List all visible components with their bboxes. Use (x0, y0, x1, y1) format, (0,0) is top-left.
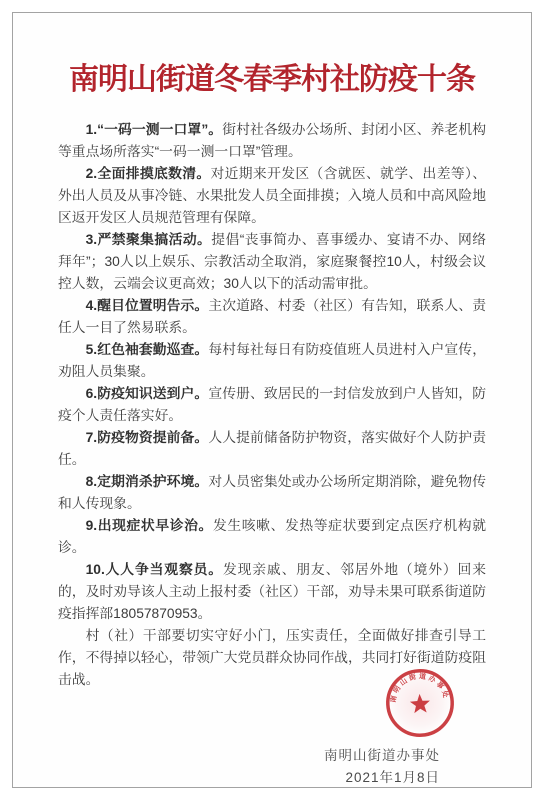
item-lead: 8.定期消杀护环境。 (86, 474, 209, 489)
item-lead: 10.人人争当观察员。 (86, 562, 223, 577)
signature-org: 南明山街道办事处 (58, 745, 440, 767)
notice-item: 6.防疫知识送到户。宣传册、致居民的一封信发放到户人皆知，防疫个人责任落实好。 (58, 383, 486, 427)
signature-date: 2021年1月8日 (58, 767, 440, 789)
item-lead: 3.严禁聚集搞活动。 (86, 232, 212, 247)
official-seal: 南明山街道办事处 (383, 666, 457, 740)
notice-item: 7.防疫物资提前备。人人提前储备防护物资，落实做好个人防护责任。 (58, 427, 486, 471)
item-lead: 5.红色袖套勤巡查。 (86, 342, 209, 357)
seal-star (410, 693, 431, 713)
page-title: 南明山街道冬春季村社防疫十条 (58, 54, 486, 98)
item-lead: 6.防疫知识送到户。 (86, 386, 209, 401)
notice-item: 4.醒目位置明告示。主次道路、村委（社区）有告知，联系人、责任人一目了然易联系。 (58, 295, 486, 339)
signature-block: 南明山街道办事处 2021年1月8日 (58, 745, 486, 789)
notice-item: 1.“一码一测一口罩”。街村社各级办公场所、封闭小区、养老机构等重点场所落实“一… (58, 119, 486, 163)
item-lead: 4.醒目位置明告示。 (86, 298, 209, 313)
item-lead: 1.“一码一测一口罩”。 (86, 122, 223, 137)
notice-item: 9.出现症状早诊治。发生咳嗽、发热等症状要到定点医疗机构就诊。 (58, 515, 486, 559)
item-lead: 2.全面排摸底数清。 (86, 166, 211, 181)
notice-body: 1.“一码一测一口罩”。街村社各级办公场所、封闭小区、养老机构等重点场所落实“一… (58, 119, 486, 691)
notice-item: 3.严禁聚集搞活动。提倡“丧事简办、喜事缓办、宴请不办、网络拜年”；30人以上娱… (58, 229, 486, 295)
notice-item: 10.人人争当观察员。发现亲戚、朋友、邻居外地（境外）回来的，及时劝导该人主动上… (58, 559, 486, 625)
notice-page: 南明山街道冬春季村社防疫十条 1.“一码一测一口罩”。街村社各级办公场所、封闭小… (12, 12, 532, 788)
item-lead: 7.防疫物资提前备。 (86, 430, 209, 445)
item-lead: 9.出现症状早诊治。 (86, 518, 213, 533)
notice-item: 2.全面排摸底数清。对近期来开发区（含就医、就学、出差等）、外出人员及从事冷链、… (58, 163, 486, 229)
notice-item: 8.定期消杀护环境。对人员密集处或办公场所定期消除，避免物传和人传现象。 (58, 471, 486, 515)
notice-item: 5.红色袖套勤巡查。每村每社每日有防疫值班人员进村入户宣传，劝阻人员集聚。 (58, 339, 486, 383)
